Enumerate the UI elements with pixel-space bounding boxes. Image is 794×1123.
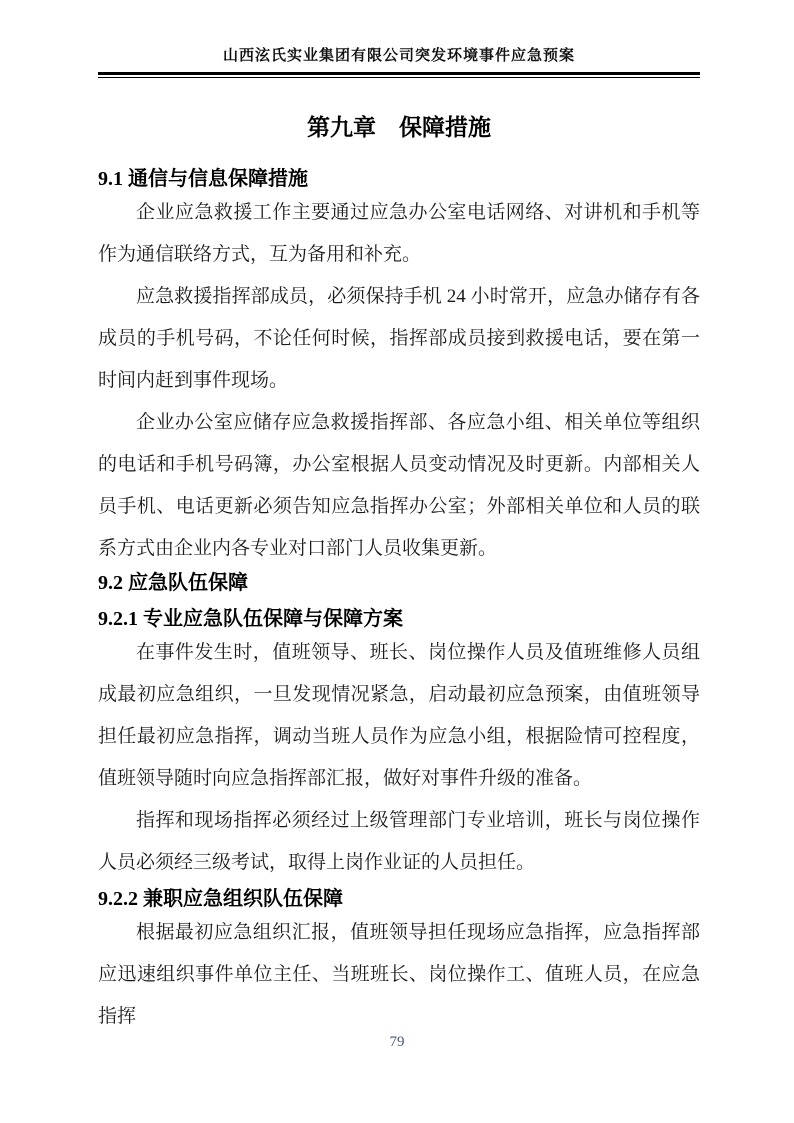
header-title: 山西泫氏实业集团有限公司突发环境事件应急预案 [98,46,700,66]
paragraph-communication-1: 企业应急救援工作主要通过应急办公室电话网络、对讲机和手机等作为通信联络方式，互为… [98,192,700,276]
chapter-title: 第九章 保障措施 [98,112,700,144]
paragraph-professional-team-1: 在事件发生时，值班领导、班长、岗位操作人员及值班维修人员组成最初应急组织，一旦发… [98,632,700,800]
page-footer: 79 [0,1032,794,1052]
paragraph-communication-2: 应急救援指挥部成员，必须保持手机 24 小时常开，应急办储存有各成员的手机号码，… [98,276,700,402]
paragraph-communication-3: 企业办公室应储存应急救援指挥部、各应急小组、相关单位等组织的电话和手机号码簿，办… [98,402,700,570]
paragraph-parttime-team-1: 根据最初应急组织汇报，值班领导担任现场应急指挥，应急指挥部应迅速组织事件单位主任… [98,912,700,1038]
page-header: 山西泫氏实业集团有限公司突发环境事件应急预案 [98,0,700,78]
header-rule-thick [98,72,700,75]
document-page: 山西泫氏实业集团有限公司突发环境事件应急预案 第九章 保障措施 9.1 通信与信… [0,0,794,1123]
paragraph-professional-team-2: 指挥和现场指挥必须经过上级管理部门专业培训，班长与岗位操作人员必须经三级考试，取… [98,800,700,884]
page-number: 79 [0,1032,794,1052]
section-heading-9-2-1: 9.2.1 专业应急队伍保障与保障方案 [98,606,700,632]
document-body: 第九章 保障措施 9.1 通信与信息保障措施 企业应急救援工作主要通过应急办公室… [98,112,700,1038]
section-heading-9-1: 9.1 通信与信息保障措施 [98,166,700,192]
header-rule-thin [98,77,700,78]
section-heading-9-2-2: 9.2.2 兼职应急组织队伍保障 [98,886,700,912]
section-heading-9-2: 9.2 应急队伍保障 [98,570,700,596]
